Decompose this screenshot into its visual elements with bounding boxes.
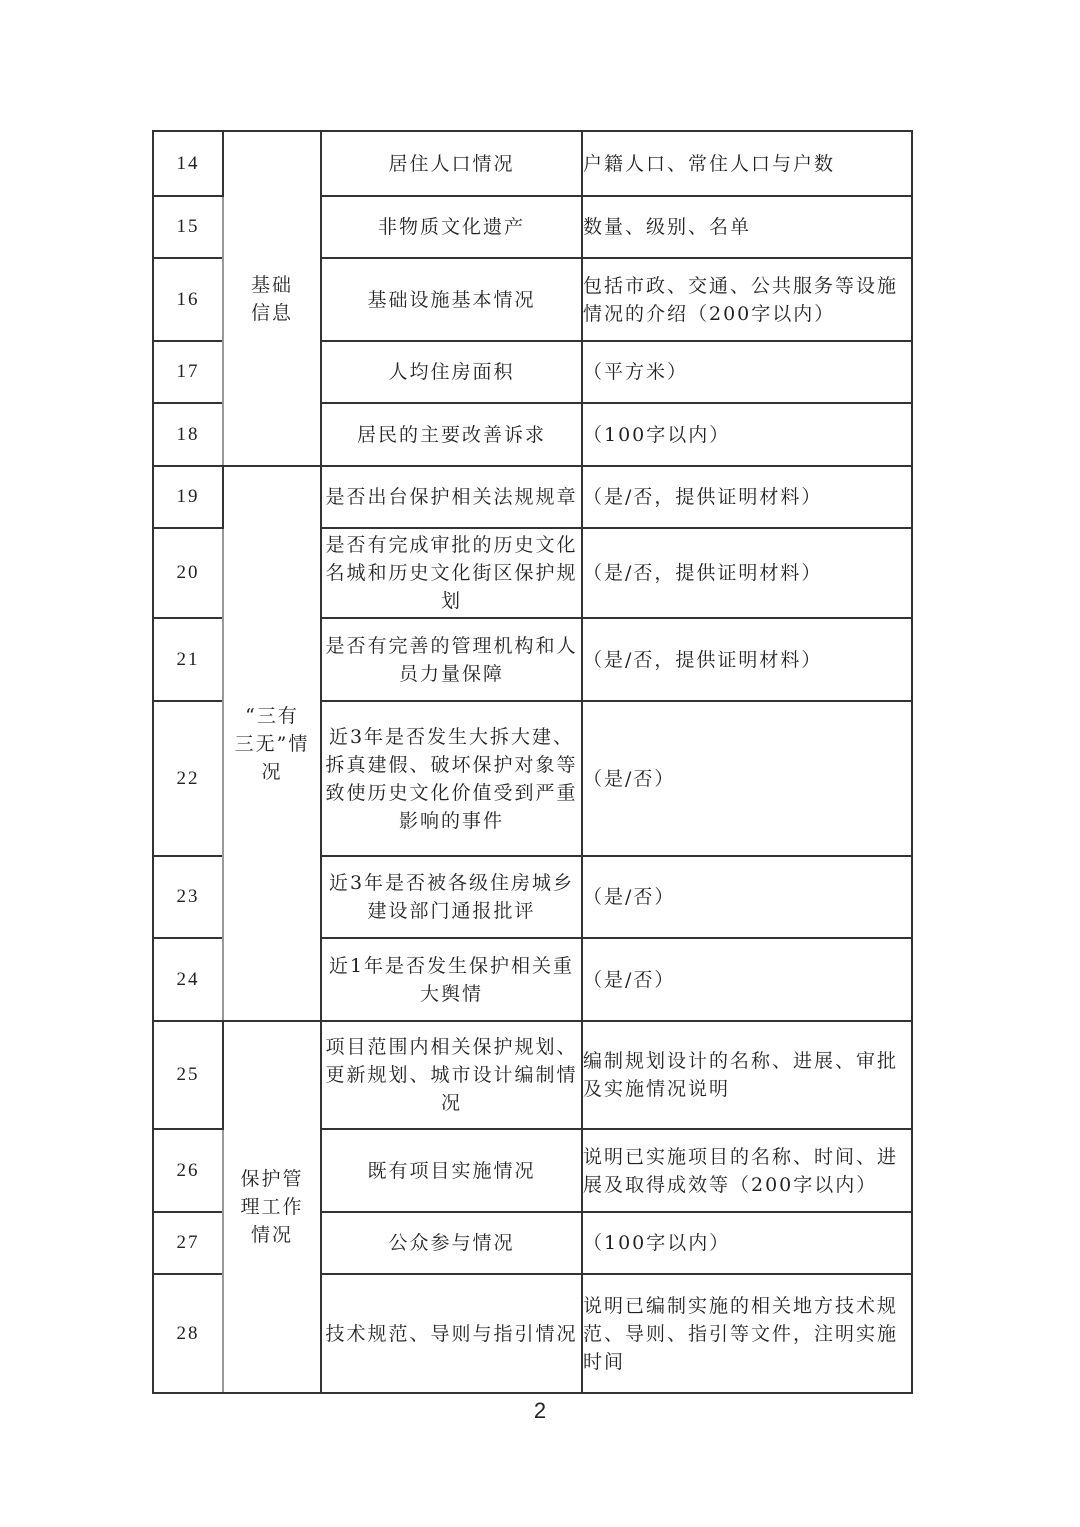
row-number: 22 bbox=[153, 701, 223, 856]
row-number: 24 bbox=[153, 938, 223, 1021]
category-label-line: 保护管 bbox=[224, 1165, 320, 1193]
description-cell: （100字以内） bbox=[582, 403, 912, 466]
row-number: 27 bbox=[153, 1212, 223, 1274]
item-cell: 公众参与情况 bbox=[321, 1212, 582, 1274]
item-cell: 项目范围内相关保护规划、更新规划、城市设计编制情况 bbox=[321, 1021, 582, 1129]
category-cell: “三有 三无”情 况 bbox=[223, 466, 321, 1021]
description-cell: （是/否） bbox=[582, 856, 912, 938]
item-cell: 近3年是否发生大拆大建、拆真建假、破坏保护对象等致使历史文化价值受到严重影响的事… bbox=[321, 701, 582, 856]
row-number: 28 bbox=[153, 1274, 223, 1393]
item-cell: 技术规范、导则与指引情况 bbox=[321, 1274, 582, 1393]
page-number: 2 bbox=[0, 1398, 1080, 1424]
row-number: 15 bbox=[153, 196, 223, 258]
table-row: 25 保护管 理工作 情况 项目范围内相关保护规划、更新规划、城市设计编制情况 … bbox=[153, 1021, 912, 1129]
row-number: 17 bbox=[153, 341, 223, 403]
category-label-line: 理工作 bbox=[224, 1193, 320, 1221]
info-table: 14 基础 信息 居住人口情况 户籍人口、常住人口与户数 15 非物质文化遗产 … bbox=[152, 130, 913, 1394]
row-number: 26 bbox=[153, 1129, 223, 1212]
row-number: 20 bbox=[153, 528, 223, 618]
category-cell: 基础 信息 bbox=[223, 131, 321, 466]
row-number: 18 bbox=[153, 403, 223, 466]
description-cell: （100字以内） bbox=[582, 1212, 912, 1274]
description-cell: （是/否，提供证明材料） bbox=[582, 466, 912, 528]
row-number: 21 bbox=[153, 618, 223, 701]
description-cell: 说明已实施项目的名称、时间、进展及取得成效等（200字以内） bbox=[582, 1129, 912, 1212]
description-cell: （平方米） bbox=[582, 341, 912, 403]
row-number: 16 bbox=[153, 258, 223, 341]
description-cell: 数量、级别、名单 bbox=[582, 196, 912, 258]
description-cell: （是/否） bbox=[582, 701, 912, 856]
row-number: 25 bbox=[153, 1021, 223, 1129]
item-cell: 人均住房面积 bbox=[321, 341, 582, 403]
description-cell: 户籍人口、常住人口与户数 bbox=[582, 131, 912, 196]
category-label-line: “三有 bbox=[224, 702, 320, 730]
item-cell: 居民的主要改善诉求 bbox=[321, 403, 582, 466]
item-cell: 既有项目实施情况 bbox=[321, 1129, 582, 1212]
description-cell: 编制规划设计的名称、进展、审批及实施情况说明 bbox=[582, 1021, 912, 1129]
document-page: 14 基础 信息 居住人口情况 户籍人口、常住人口与户数 15 非物质文化遗产 … bbox=[0, 0, 1080, 1527]
description-cell: （是/否，提供证明材料） bbox=[582, 618, 912, 701]
item-cell: 近3年是否被各级住房城乡建设部门通报批评 bbox=[321, 856, 582, 938]
item-cell: 居住人口情况 bbox=[321, 131, 582, 196]
item-cell: 是否有完善的管理机构和人员力量保障 bbox=[321, 618, 582, 701]
row-number: 19 bbox=[153, 466, 223, 528]
category-label-line: 基础 bbox=[224, 271, 320, 299]
description-cell: （是/否） bbox=[582, 938, 912, 1021]
category-label-line: 信息 bbox=[224, 299, 320, 327]
item-cell: 非物质文化遗产 bbox=[321, 196, 582, 258]
category-cell: 保护管 理工作 情况 bbox=[223, 1021, 321, 1393]
item-cell: 近1年是否发生保护相关重大舆情 bbox=[321, 938, 582, 1021]
item-cell: 基础设施基本情况 bbox=[321, 258, 582, 341]
row-number: 14 bbox=[153, 131, 223, 196]
table-row: 14 基础 信息 居住人口情况 户籍人口、常住人口与户数 bbox=[153, 131, 912, 196]
description-cell: 说明已编制实施的相关地方技术规范、导则、指引等文件，注明实施时间 bbox=[582, 1274, 912, 1393]
table-row: 19 “三有 三无”情 况 是否出台保护相关法规规章 （是/否，提供证明材料） bbox=[153, 466, 912, 528]
description-cell: （是/否，提供证明材料） bbox=[582, 528, 912, 618]
item-cell: 是否出台保护相关法规规章 bbox=[321, 466, 582, 528]
category-label-line: 况 bbox=[224, 758, 320, 786]
category-label-line: 情况 bbox=[224, 1221, 320, 1249]
category-label-line: 三无”情 bbox=[224, 730, 320, 758]
row-number: 23 bbox=[153, 856, 223, 938]
item-cell: 是否有完成审批的历史文化名城和历史文化街区保护规划 bbox=[321, 528, 582, 618]
description-cell: 包括市政、交通、公共服务等设施情况的介绍（200字以内） bbox=[582, 258, 912, 341]
